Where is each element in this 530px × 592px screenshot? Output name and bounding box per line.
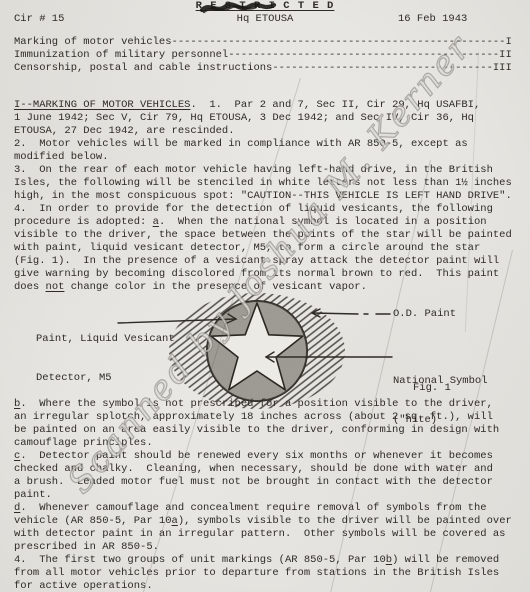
date: 16 Feb 1943 xyxy=(398,13,467,25)
text-line: paint. xyxy=(14,489,512,502)
label-line: Paint, Liquid Vesicant xyxy=(36,333,175,346)
text-line: with paint, liquid vesicant detector, M5… xyxy=(14,242,512,255)
text-line: an irregular splotch, approximately 18 i… xyxy=(14,411,512,424)
text-line: visible to the driver, the space between… xyxy=(14,229,512,242)
classification-header: R E S T R I C T E D xyxy=(0,0,530,12)
figure-label-od-paint: O.D. Paint xyxy=(393,308,456,321)
text-line: camouflage principles. xyxy=(14,437,512,450)
body-text-upper: I--MARKING OF MOTOR VEHICLES. 1. Par 2 a… xyxy=(14,99,512,294)
text-line: with detector paint in an irregular patt… xyxy=(14,528,512,541)
body-text-lower: b. Where the symbol is not prescribed fo… xyxy=(14,398,512,592)
text-line: vehicle (AR 850-5, Par 10a), symbols vis… xyxy=(14,515,512,528)
text-line: checked and chalky. Cleaning, when neces… xyxy=(14,463,512,476)
text-line: Isles, the following will be stenciled i… xyxy=(14,177,512,190)
text-line: high, in the most conspicuous spot: "CAU… xyxy=(14,190,512,203)
text-line: Immunization of military personnel------… xyxy=(14,49,512,62)
text-line: c. Detector paint should be renewed ever… xyxy=(14,450,512,463)
text-line: 4. The first two groups of unit markings… xyxy=(14,554,512,567)
text-line: a brush. Leaded motor fuel must not be b… xyxy=(14,476,512,489)
figure-caption: Fig. 1 xyxy=(413,382,451,395)
text-line: b. Where the symbol is not prescribed fo… xyxy=(14,398,512,411)
text-line: modified below. xyxy=(14,151,512,164)
figure-label-detector: Paint, Liquid Vesicant Detector, M5 xyxy=(36,307,175,411)
text-line: d. Whenever camouflage and concealment r… xyxy=(14,502,512,515)
text-line: procedure is adopted: a. When the nation… xyxy=(14,216,512,229)
text-line: Censorship, postal and cable instruction… xyxy=(14,62,512,75)
text-line: Marking of motor vehicles---------------… xyxy=(14,36,512,49)
header-row: Cir # 15 Hq ETOUSA 16 Feb 1943 xyxy=(0,13,530,26)
table-of-contents: Marking of motor vehicles---------------… xyxy=(14,36,512,75)
text-line: 2. Motor vehicles will be marked in comp… xyxy=(14,138,512,151)
text-line: I--MARKING OF MOTOR VEHICLES. 1. Par 2 a… xyxy=(14,99,512,112)
text-line: 4. In order to provide for the detection… xyxy=(14,203,512,216)
text-line: be painted on an area easily visible to … xyxy=(14,424,512,437)
text-line: prescribed in AR 850-5. xyxy=(14,541,512,554)
classification-text: R E S T R I C T E D xyxy=(196,0,335,12)
text-line: ETOUSA, 27 Dec 1942, are rescinded. xyxy=(14,125,512,138)
scanned-document-page: R E S T R I C T E D Cir # 15 Hq ETOUSA 1… xyxy=(0,0,530,592)
text-line: 1 June 1942; Sec V, Cir 79, Hq ETOUSA, 3… xyxy=(14,112,512,125)
label-line: Detector, M5 xyxy=(36,372,175,385)
text-line: 3. On the rear of each motor vehicle hav… xyxy=(14,164,512,177)
text-line: (Fig. 1). In the presence of a vesicant … xyxy=(14,255,512,268)
text-line: from all motor vehicles prior to departu… xyxy=(14,567,512,580)
text-line: for active operations. xyxy=(14,580,512,592)
